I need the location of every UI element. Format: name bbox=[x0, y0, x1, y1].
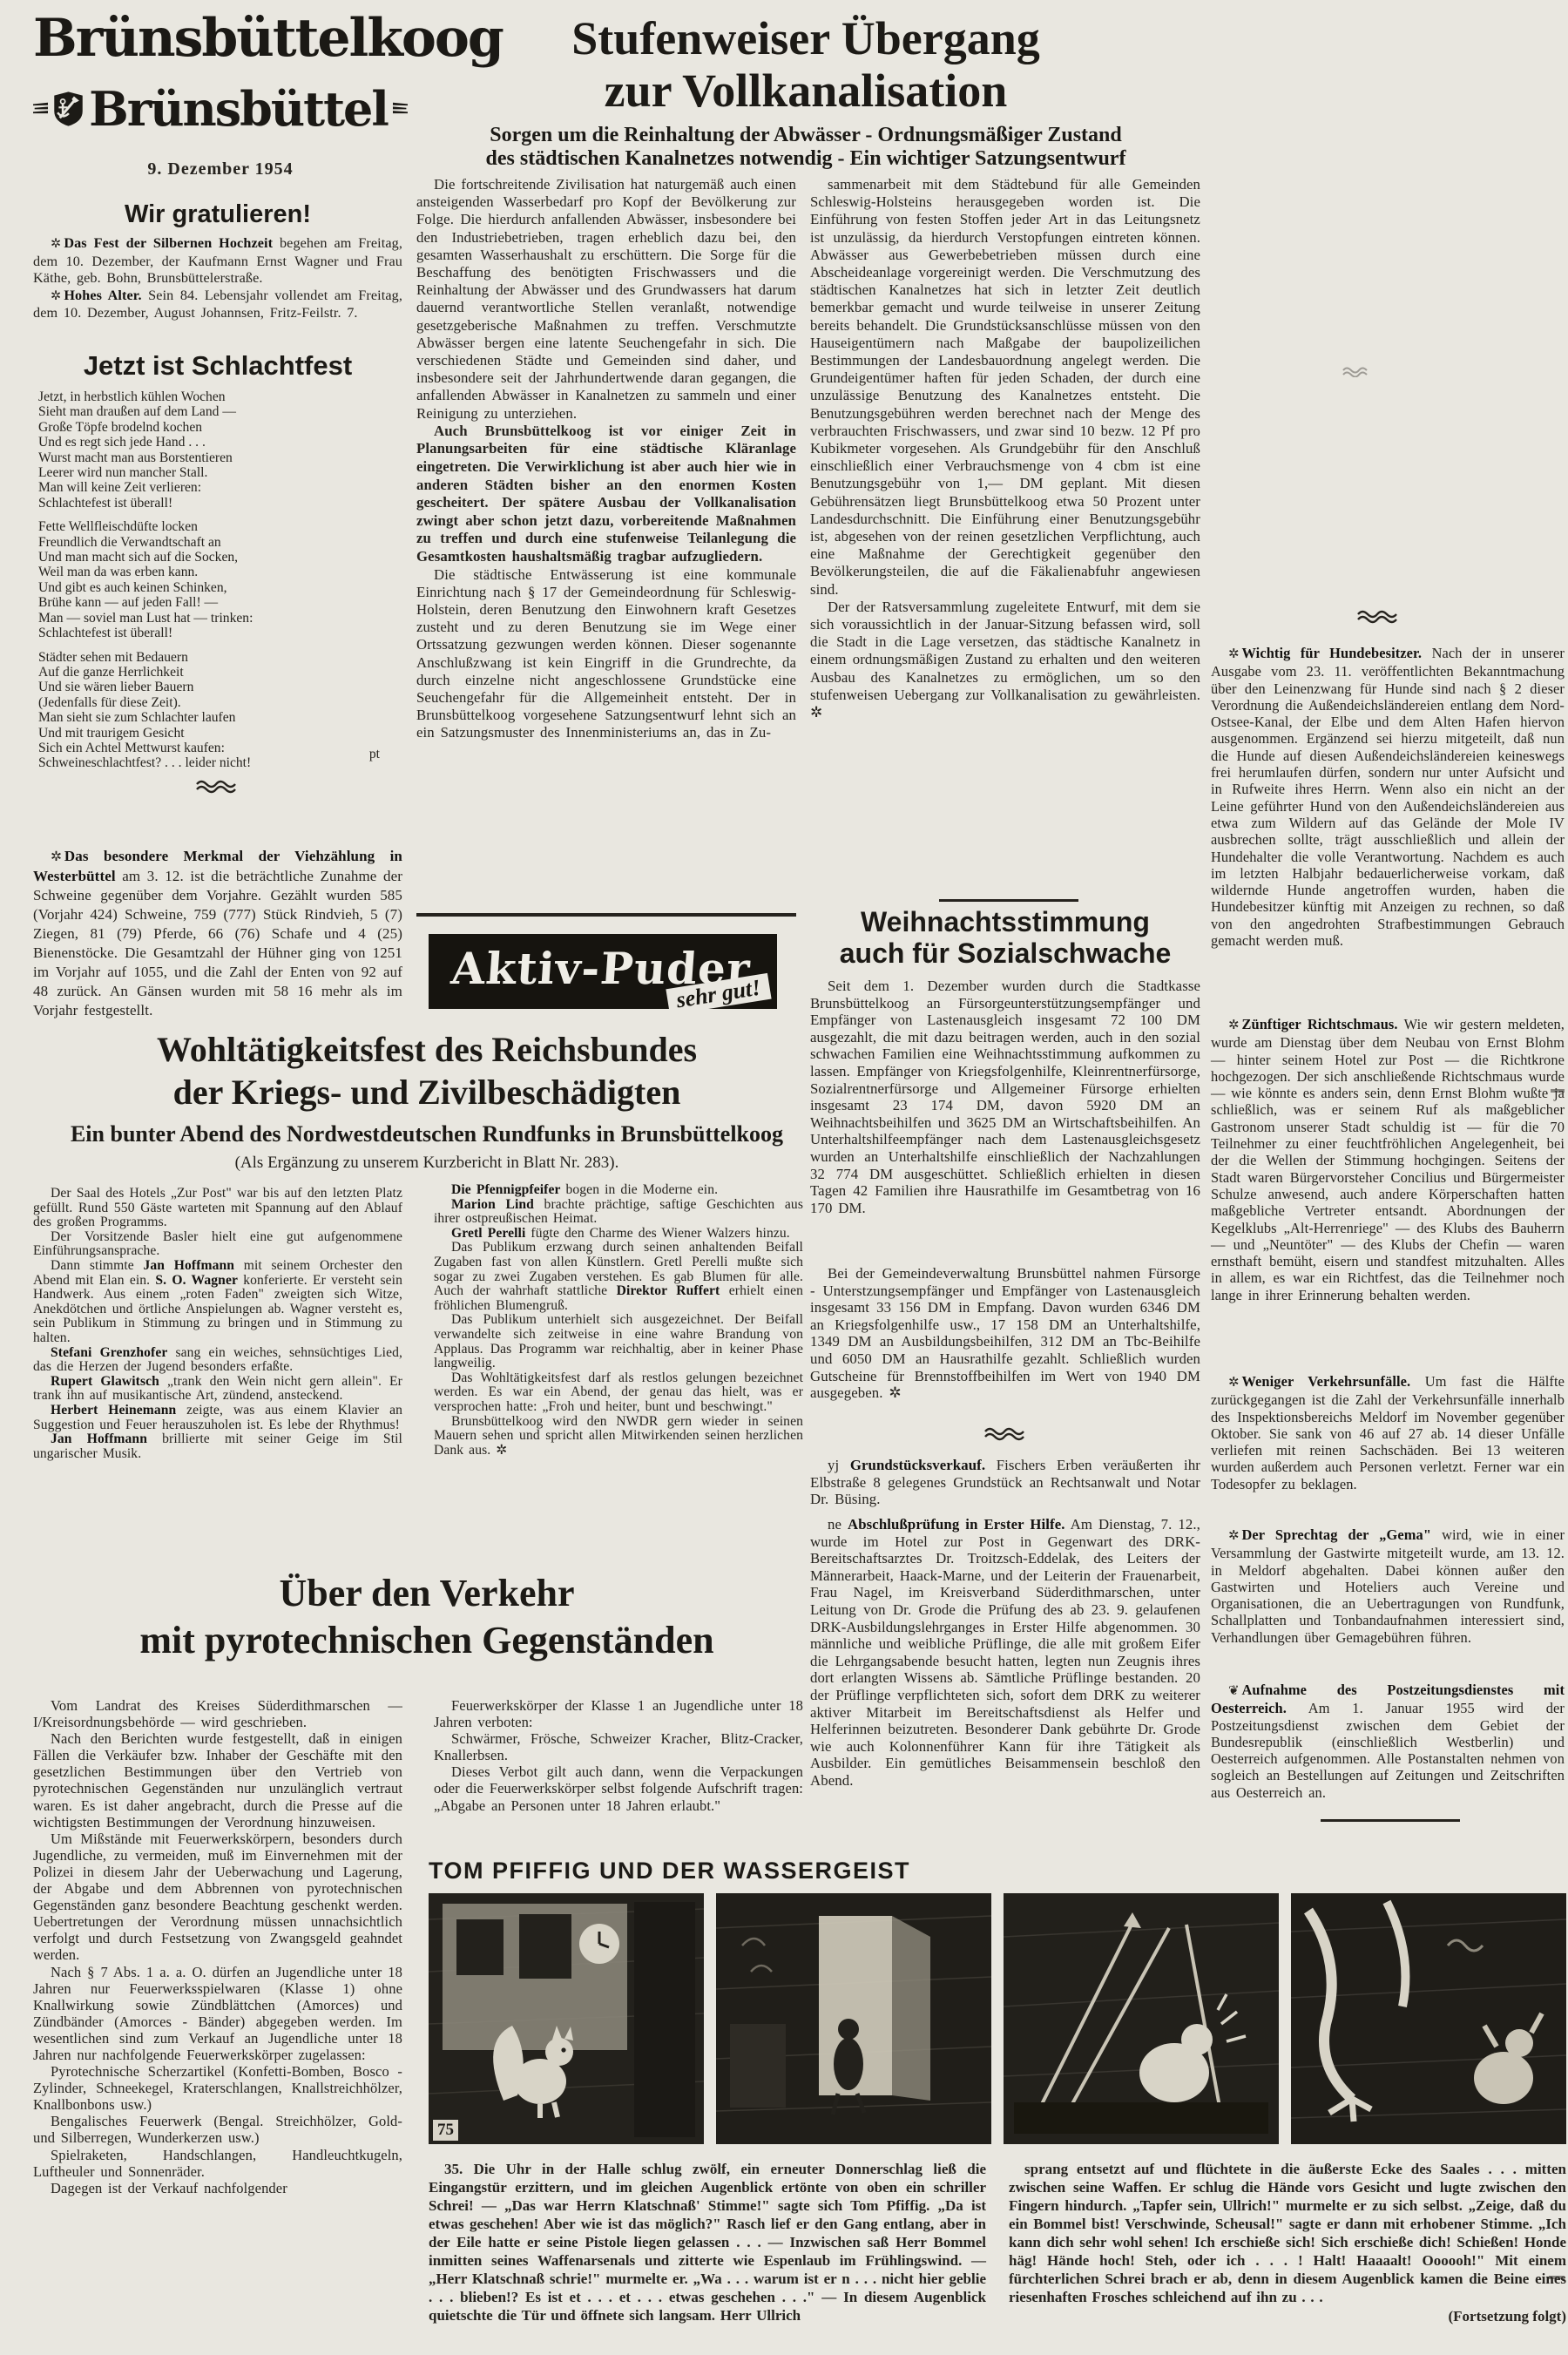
column-rule bbox=[416, 913, 796, 917]
article-paragraph: Dieses Verbot gilt auch dann, wenn die V… bbox=[434, 1763, 803, 1813]
article-paragraph: Stefani Grenzhofer sang ein weiches, seh… bbox=[33, 1346, 402, 1375]
article-paragraph: Der Vorsitzende Basler hielt eine gut au… bbox=[33, 1230, 402, 1259]
article-paragraph: Das Publikum unterhielt sich ausgezeichn… bbox=[434, 1313, 803, 1370]
news-brief-text: Aufnahme des Postzeitungsdienstes mit Oe… bbox=[1211, 1682, 1565, 1801]
wohl-col1: Der Saal des Hotels „Zur Post" war bis a… bbox=[33, 1187, 402, 1461]
viehzaehlung-body: Das besondere Merkmal der Viehzählung in… bbox=[33, 848, 402, 1018]
news-brief: ne Abschlußprüfung in Erster Hilfe. Am D… bbox=[810, 1516, 1200, 1790]
masthead-title-line2: Brünsbüttel bbox=[89, 81, 388, 137]
article-paragraph: Vom Landrat des Kreises Süderdithmarsche… bbox=[33, 1697, 402, 1730]
masthead-title-line1: Brünsbüttelkoog bbox=[33, 12, 408, 65]
weihnachts-part2: Bei der Gemeindeverwaltung Brunsbüttel n… bbox=[810, 1265, 1200, 1402]
article-paragraph: Schwärmer, Frösche, Schweizer Kracher, B… bbox=[434, 1730, 803, 1763]
news-brief-text: Wichtig für Hundebesitzer. Nach der in u… bbox=[1211, 645, 1565, 949]
article-paragraph: Marion Lind brachte prächtige, saftige G… bbox=[434, 1198, 803, 1227]
right-item-hundebesitzer: ✲Wichtig für Hundebesitzer. Nach der in … bbox=[1211, 645, 1565, 949]
main-subheadline: Sorgen um die Reinhaltung der Abwässer -… bbox=[409, 124, 1202, 171]
gratulieren-item-text: Hohes Alter. Sein 84. Lebensjahr vollend… bbox=[33, 288, 402, 321]
news-brief: yj Grundstücksverkauf. Fischers Erben ve… bbox=[810, 1457, 1200, 1508]
mid-squiggle bbox=[983, 1427, 1030, 1441]
article-paragraph: Jan Hoffmann brillierte mit seiner Geige… bbox=[33, 1432, 402, 1461]
article-paragraph: Gretl Perelli fügte den Charme des Wiene… bbox=[434, 1227, 803, 1242]
article-paragraph-bold: Auch Brunsbüttelkoog ist vor einiger Zei… bbox=[416, 423, 796, 566]
gratulieren-item: ✲Das Fest der Silbernen Hochzeit begehen… bbox=[33, 235, 402, 288]
verkehr-col1: Vom Landrat des Kreises Süderdithmarsche… bbox=[33, 1697, 402, 2196]
comic-caption-right: sprang entsetzt auf und flüchtete in die… bbox=[1009, 2160, 1566, 2306]
comic-caption-left: 35. Die Uhr in der Halle schlug zwölf, e… bbox=[429, 2160, 986, 2325]
article-paragraph: Pyrotechnische Scherzartikel (Konfetti-B… bbox=[33, 2063, 402, 2113]
star-ornament-icon: ✲ bbox=[51, 237, 64, 251]
section-divider-squiggle bbox=[983, 1427, 1030, 1441]
poem-stanza: Städter sehen mit Bedauern Auf die ganze… bbox=[38, 650, 402, 771]
article-paragraph: Rupert Glawitsch „trank den Wein nicht g… bbox=[33, 1375, 402, 1404]
article-paragraph: sammenarbeit mit dem Städtebund für alle… bbox=[810, 176, 1200, 599]
poem-stanza: Jetzt, in herbstlich kühlen Wochen Sieht… bbox=[38, 389, 402, 511]
right-item-verkehrsunfaelle: ✲Weniger Verkehrsunfälle. Um fast die Hä… bbox=[1211, 1373, 1565, 1492]
comic-panel-2 bbox=[716, 1893, 991, 2144]
newspaper-page: Brünsbüttelkoog Brünsbüttel bbox=[0, 0, 1568, 2355]
scan-artifact bbox=[1551, 1089, 1565, 1093]
right-item-postzeitungsdienst: ❦Aufnahme des Postzeitungsdienstes mit O… bbox=[1211, 1682, 1565, 1801]
comic-title: TOM PFIFFIG UND DER WASSERGEIST bbox=[429, 1858, 1566, 1885]
main-article-col2: sammenarbeit mit dem Städtebund für alle… bbox=[810, 176, 1200, 721]
news-brief: ❦Aufnahme des Postzeitungsdienstes mit O… bbox=[1211, 1682, 1565, 1801]
article-paragraph: Spielraketen, Handschlangen, Handleuchtk… bbox=[33, 2147, 402, 2180]
poem-stanza: Fette Wellfleischdüfte locken Freundlich… bbox=[38, 519, 402, 640]
star-ornament-icon: ✲ bbox=[51, 849, 64, 864]
scan-artifact bbox=[1549, 2276, 1565, 2279]
ornament-icon: ❦ bbox=[1228, 1684, 1241, 1698]
gratulieren-item: ✲Hohes Alter. Sein 84. Lebensjahr vollen… bbox=[33, 288, 402, 322]
section-erste-hilfe: ne Abschlußprüfung in Erster Hilfe. Am D… bbox=[810, 1516, 1200, 1790]
comic-panel-4-art bbox=[1291, 1893, 1566, 2144]
gratulieren-heading: Wir gratulieren! bbox=[33, 200, 402, 229]
news-brief-text: Weniger Verkehrsunfälle. Um fast die Häl… bbox=[1211, 1373, 1565, 1492]
article-paragraph: Bengalisches Feuerwerk (Bengal. Streichh… bbox=[33, 2113, 402, 2146]
main-article-header: Stufenweiser Übergang zur Vollkanalisati… bbox=[409, 12, 1202, 171]
article-paragraph: Die Pfennigpfeifer bogen in die Moderne … bbox=[434, 1183, 803, 1198]
short-divider-rule bbox=[1321, 1819, 1460, 1822]
verkehr-header: Über den Verkehr mit pyrotechnischen Geg… bbox=[52, 1570, 801, 1664]
poem-signature: pt bbox=[369, 747, 380, 762]
comic-panel-number: 75 bbox=[433, 2120, 458, 2141]
section-gratulieren: Wir gratulieren! ✲Das Fest der Silbernen… bbox=[33, 200, 402, 322]
news-brief: ✲Wichtig für Hundebesitzer. Nach der in … bbox=[1211, 645, 1565, 949]
article-paragraph: Bei der Gemeindeverwaltung Brunsbüttel n… bbox=[810, 1265, 1200, 1402]
wohl-subheadline: Ein bunter Abend des Nordwestdeutschen R… bbox=[52, 1121, 801, 1147]
verkehr-col2: Feuerwerkskörper der Klasse 1 an Jugendl… bbox=[434, 1697, 803, 1814]
article-paragraph: Der der Ratsversammlung zugeleitete Entw… bbox=[810, 599, 1200, 721]
article-paragraph: Der Saal des Hotels „Zur Post" war bis a… bbox=[33, 1187, 402, 1230]
comic-panels: 75 bbox=[429, 1893, 1566, 2144]
comic-strip: TOM PFIFFIG UND DER WASSERGEIST bbox=[429, 1858, 1566, 2325]
wohl-col2: Die Pfennigpfeifer bogen in die Moderne … bbox=[434, 1183, 803, 1458]
comic-continuation: (Fortsetzung folgt) bbox=[1009, 2308, 1566, 2325]
comic-panel-3 bbox=[1004, 1893, 1279, 2144]
news-brief: ✲Zünftiger Richtschmaus. Wie wir gestern… bbox=[1211, 1016, 1565, 1303]
wohl-headline: Wohltätigkeitsfest des Reichsbundes der … bbox=[52, 1028, 801, 1113]
viehzaehlung-text: ✲Das besondere Merkmal der Viehzählung i… bbox=[33, 847, 402, 1020]
town-crest-icon bbox=[53, 67, 84, 151]
article-paragraph: Feuerwerkskörper der Klasse 1 an Jugendl… bbox=[434, 1697, 803, 1730]
star-ornament-icon: ✲ bbox=[1228, 1529, 1241, 1543]
main-article-col1: Die fortschreitende Zivilisation hat nat… bbox=[416, 176, 796, 742]
article-paragraph: Seit dem 1. Dezember wurden durch die St… bbox=[810, 978, 1200, 1216]
news-brief-text: Zünftiger Richtschmaus. Wie wir gestern … bbox=[1211, 1016, 1565, 1303]
right-col-squiggle bbox=[1355, 610, 1402, 624]
verkehr-headline: Über den Verkehr mit pyrotechnischen Geg… bbox=[52, 1570, 801, 1664]
section-divider-squiggle bbox=[1355, 610, 1402, 624]
flourish-left-icon bbox=[33, 92, 48, 125]
comic-panel-2-art bbox=[716, 1893, 991, 2144]
star-ornament-icon: ✲ bbox=[51, 289, 64, 303]
article-paragraph: Nach den Berichten wurde festgestellt, d… bbox=[33, 1730, 402, 1831]
flourish-right-icon bbox=[393, 92, 408, 125]
issue-date: 9. Dezember 1954 bbox=[33, 159, 408, 179]
article-paragraph: Das Wohltätigkeitsfest darf als restlos … bbox=[434, 1371, 803, 1415]
wohl-header: Wohltätigkeitsfest des Reichsbundes der … bbox=[52, 1028, 801, 1173]
schlachtfest-heading: Jetzt ist Schlachtfest bbox=[33, 350, 402, 382]
article-paragraph: Das Publikum erzwang durch seinen anhalt… bbox=[434, 1241, 803, 1313]
article-paragraph: Nach § 7 Abs. 1 a. a. O. dürfen an Jugen… bbox=[33, 1964, 402, 2064]
right-item-gema: ✲Der Sprechtag der „Gema" wird, wie in e… bbox=[1211, 1526, 1565, 1646]
masthead: Brünsbüttelkoog Brünsbüttel bbox=[33, 12, 408, 179]
section-divider-squiggle bbox=[194, 780, 241, 794]
wohl-note: (Als Ergänzung zu unserem Kurzbericht in… bbox=[52, 1154, 801, 1173]
star-ornament-icon: ✲ bbox=[1228, 647, 1241, 661]
news-brief-text: Der Sprechtag der „Gema" wird, wie in ei… bbox=[1211, 1526, 1565, 1646]
gratulieren-item-text: Das Fest der Silbernen Hochzeit begehen … bbox=[33, 235, 402, 286]
star-ornament-icon: ✲ bbox=[1228, 1018, 1241, 1032]
stray-mark bbox=[1342, 366, 1373, 382]
section-schlachtfest: Jetzt ist Schlachtfest Jetzt, in herbstl… bbox=[33, 350, 402, 794]
article-paragraph: Dann stimmte Jan Hoffmann mit seinem Orc… bbox=[33, 1259, 402, 1346]
section-grundstuecksverkauf: yj Grundstücksverkauf. Fischers Erben ve… bbox=[810, 1457, 1200, 1508]
article-paragraph: Die fortschreitende Zivilisation hat nat… bbox=[416, 176, 796, 423]
comic-panel-1: 75 bbox=[429, 1893, 704, 2144]
article-paragraph: Dagegen ist der Verkauf nachfolgender bbox=[33, 2180, 402, 2196]
article-paragraph: Brunsbüttelkoog wird den NWDR gern wiede… bbox=[434, 1415, 803, 1458]
section-viehzaehlung: ✲Das besondere Merkmal der Viehzählung i… bbox=[33, 847, 402, 1020]
section-weihnachtsstimmung: Weihnachtsstimmung auch für Sozialschwac… bbox=[810, 868, 1200, 1216]
news-brief: ✲Der Sprechtag der „Gema" wird, wie in e… bbox=[1211, 1526, 1565, 1646]
article-paragraph: Herbert Heinemann zeigte, was aus einem … bbox=[33, 1404, 402, 1432]
aktiv-puder-ad: Aktiv-Puder sehr gut! bbox=[429, 934, 777, 1009]
comic-panel-1-art bbox=[429, 1893, 704, 2144]
article-paragraph: Die städtische Entwässerung ist eine kom… bbox=[416, 566, 796, 742]
comic-caption-row: 35. Die Uhr in der Halle schlug zwölf, e… bbox=[429, 2160, 1566, 2325]
main-headline: Stufenweiser Übergang zur Vollkanalisati… bbox=[409, 12, 1202, 117]
star-ornament-icon: ✲ bbox=[1228, 1376, 1241, 1390]
comic-panel-3-art bbox=[1004, 1893, 1279, 2144]
weihnachts-heading: Weihnachtsstimmung auch für Sozialschwac… bbox=[810, 906, 1200, 969]
news-brief: ✲Weniger Verkehrsunfälle. Um fast die Hä… bbox=[1211, 1373, 1565, 1492]
article-paragraph: Um Mißstände mit Feuerwerkskörpern, beso… bbox=[33, 1831, 402, 1964]
right-item-richtschmaus: ✲Zünftiger Richtschmaus. Wie wir gestern… bbox=[1211, 1016, 1565, 1303]
comic-panel-4 bbox=[1291, 1893, 1566, 2144]
